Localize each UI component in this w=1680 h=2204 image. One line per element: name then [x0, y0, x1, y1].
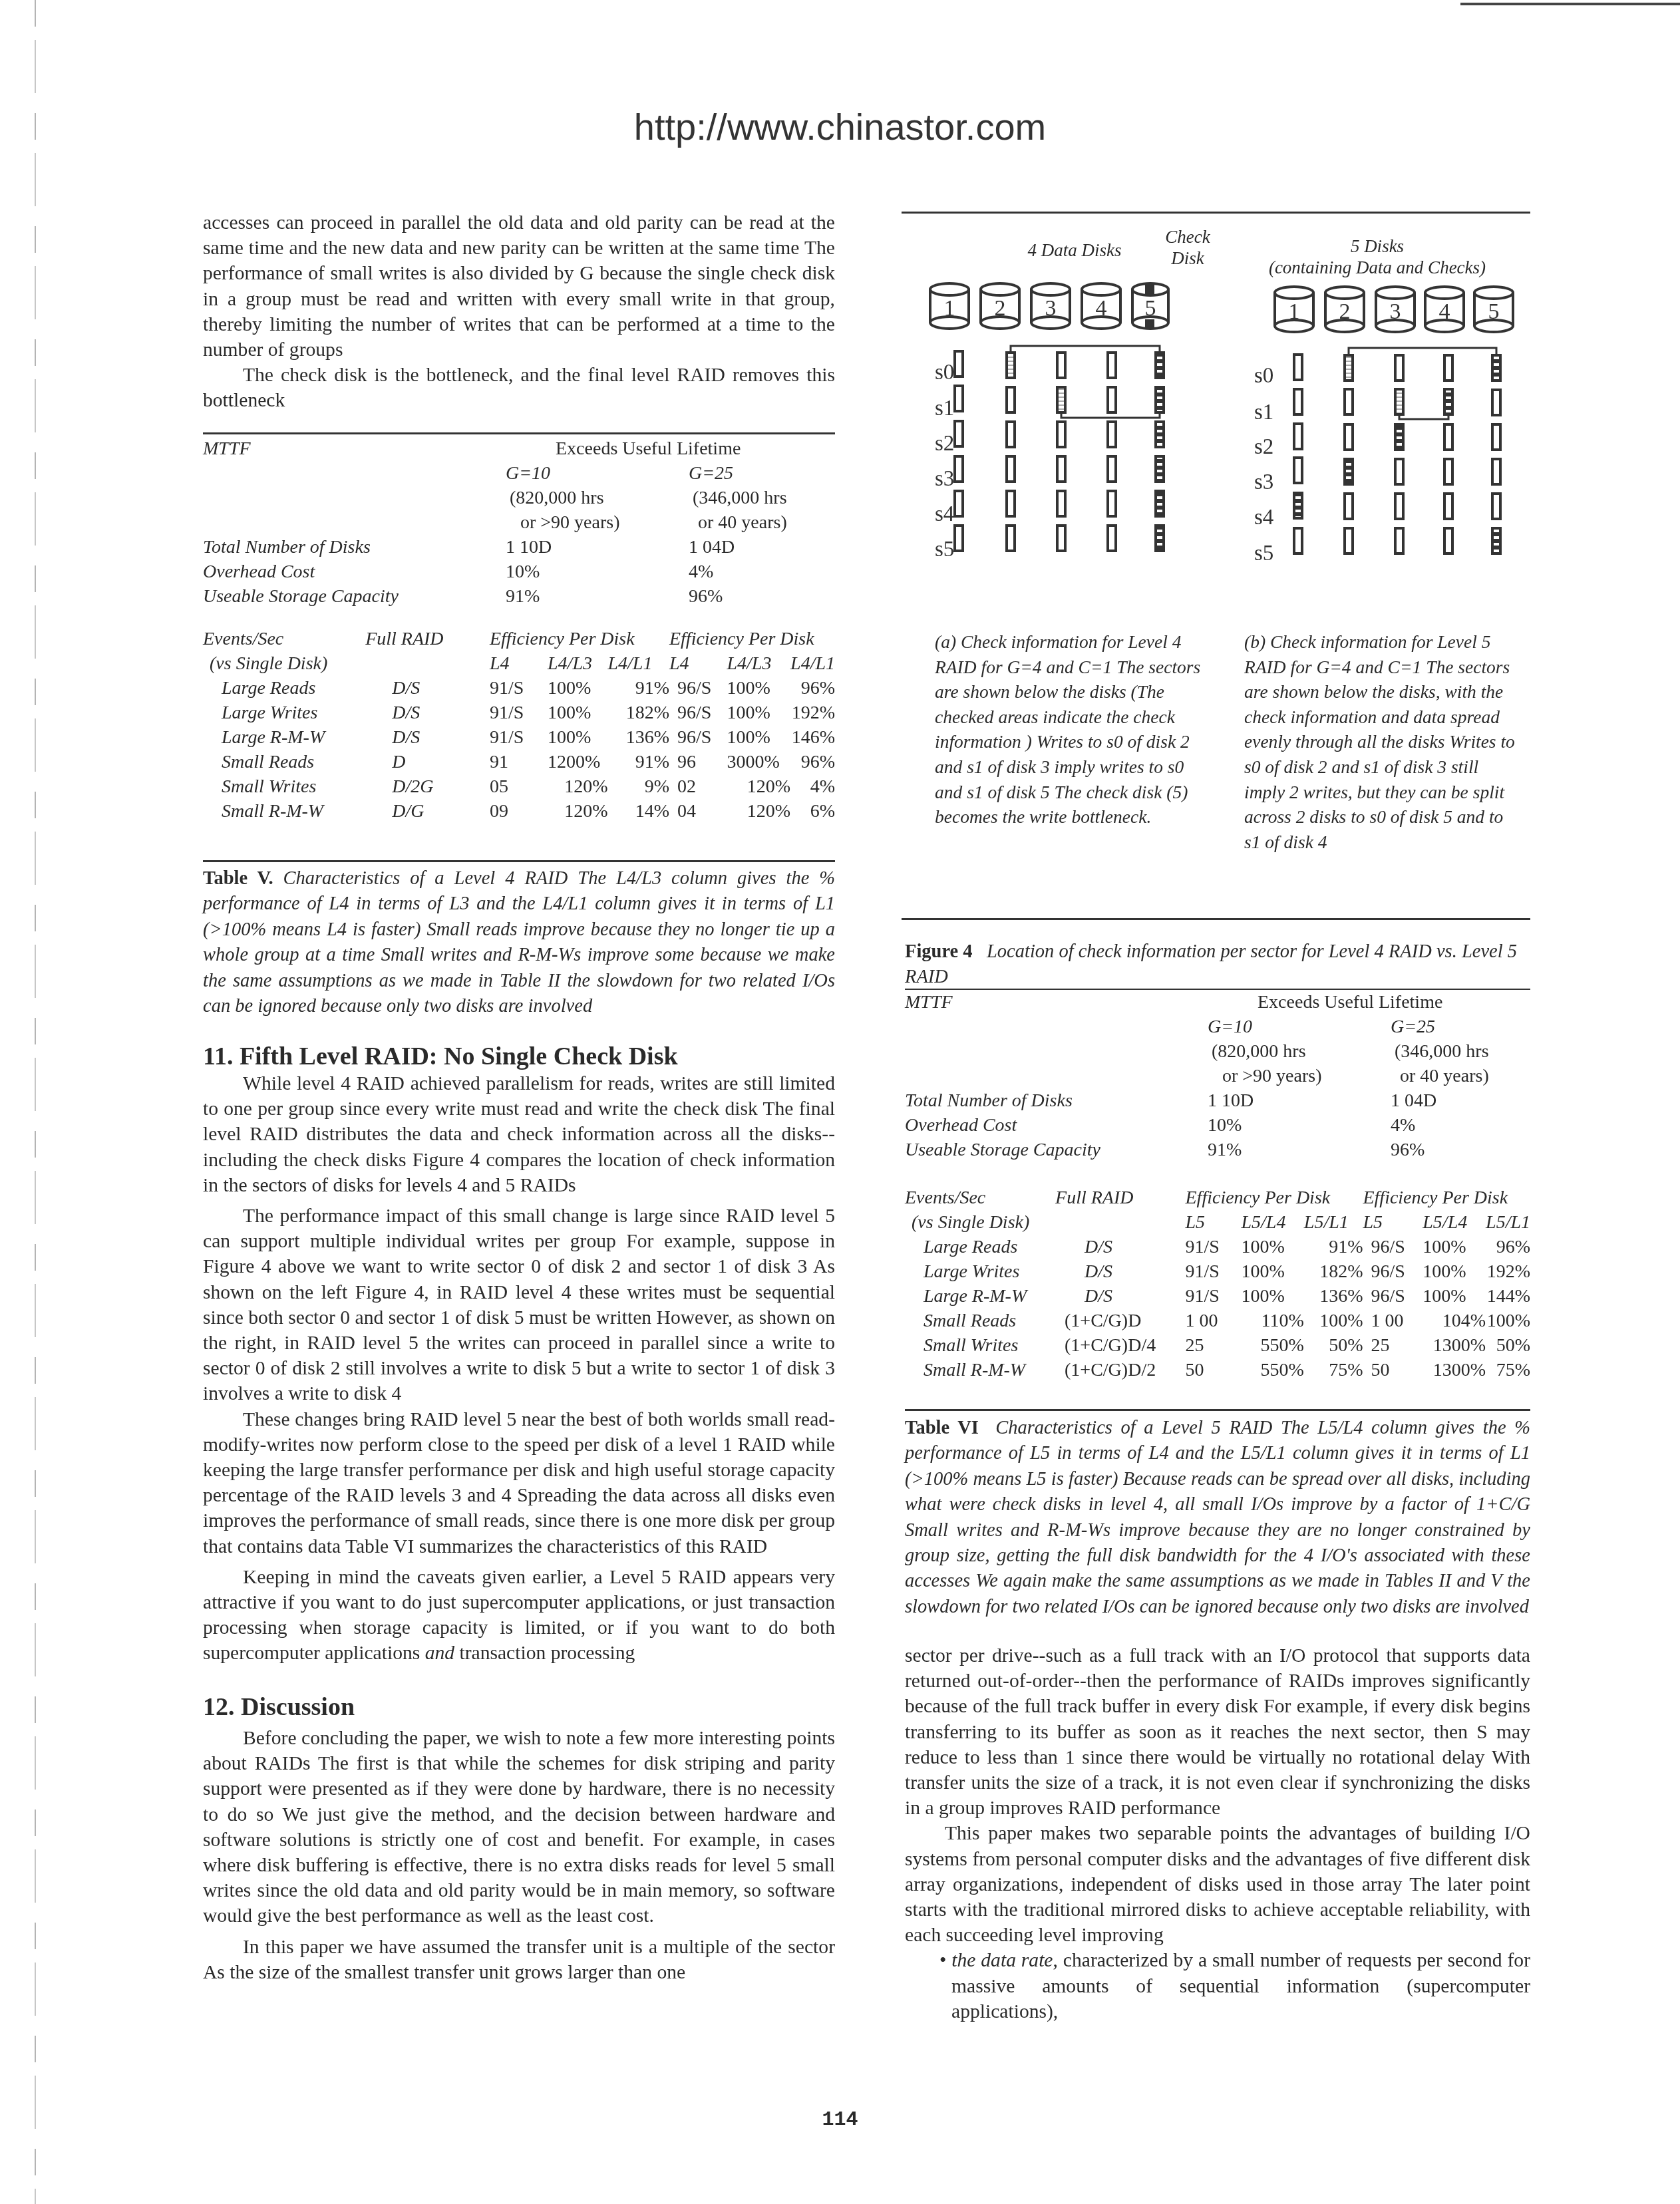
cell: 25	[1186, 1333, 1242, 1358]
sub-header: L5/L1	[1486, 1210, 1530, 1235]
cell: 9%	[608, 774, 669, 799]
cell: 4%	[790, 774, 835, 799]
g-header: G=25	[1391, 1015, 1530, 1039]
table-row: Large WritesD/S 91/S100%182% 96/S100%192…	[203, 701, 835, 725]
cell: 4%	[1391, 1113, 1530, 1138]
cell: 14%	[608, 799, 669, 824]
caption-label: Figure 4	[905, 941, 973, 962]
cell: D/G	[365, 799, 490, 824]
cell: 1 10D	[1208, 1088, 1391, 1113]
cell: 91%	[608, 750, 669, 774]
mttf-label: MTTF	[905, 990, 1208, 1015]
svg-text:s2: s2	[1254, 435, 1273, 459]
cell: 550%	[1242, 1358, 1304, 1382]
text-run: transaction processing	[454, 1643, 635, 1664]
sub-header: L4/L3	[548, 651, 607, 676]
cell: 100%	[727, 701, 790, 725]
mttf-detail: or >90 years)	[506, 510, 689, 535]
cell: 96%	[790, 750, 835, 774]
level4-disk-numbers: 12345	[944, 296, 1156, 321]
cell: 4%	[689, 559, 835, 584]
cell: 100%	[1423, 1284, 1486, 1309]
svg-text:5: 5	[1488, 299, 1500, 324]
table-vi-events-table: Events/Sec Full RAID Efficiency Per Disk…	[905, 1185, 1530, 1382]
cell: 91%	[608, 676, 669, 701]
svg-text:1: 1	[944, 296, 955, 321]
cell: 144%	[1486, 1284, 1530, 1309]
sub-header: L5/L4	[1242, 1210, 1304, 1235]
cell: 100%	[1304, 1309, 1363, 1333]
level4-write-connectors	[1011, 346, 1160, 418]
cell: 91/S	[490, 676, 548, 701]
cell: 96%	[689, 584, 835, 609]
cell: D/S	[1055, 1235, 1185, 1259]
cell: 110%	[1242, 1309, 1304, 1333]
g-header: G=10	[506, 461, 689, 486]
svg-text:s0: s0	[935, 361, 954, 385]
row-label: Useable Storage Capacity	[905, 1138, 1208, 1162]
cell: 91/S	[490, 725, 548, 750]
scan-edge-top	[1460, 3, 1680, 5]
mttf-detail: (820,000 hrs	[1208, 1039, 1391, 1064]
cell: 120%	[727, 774, 790, 799]
col-header: Efficiency Per Disk	[1186, 1185, 1363, 1210]
emphasis: and	[425, 1643, 454, 1664]
level5-sectors	[1294, 355, 1500, 553]
cell: 91/S	[490, 701, 548, 725]
table-row: Small Writes(1+C/G)D/4 25550%50% 251300%…	[905, 1333, 1530, 1358]
svg-text:s5: s5	[935, 538, 954, 561]
cell: 1300%	[1423, 1333, 1486, 1358]
cell: 96/S	[1363, 1259, 1423, 1284]
cell: 91%	[1208, 1138, 1391, 1162]
col-header: Full RAID	[365, 627, 490, 651]
cell: 120%	[548, 799, 607, 824]
emphasis: the data rate	[951, 1950, 1053, 1971]
cell: 91%	[506, 584, 689, 609]
row-label: Small R-M-W	[203, 799, 365, 824]
cell: 50	[1186, 1358, 1242, 1382]
paragraph: Keeping in mind the caveats given earlie…	[203, 1565, 835, 1666]
caption-text: Location of check information per sector…	[905, 941, 1517, 987]
row-label: Overhead Cost	[203, 559, 506, 584]
cell: 192%	[1486, 1259, 1530, 1284]
row-label: Large Reads	[905, 1235, 1055, 1259]
cell: 100%	[1486, 1309, 1530, 1333]
cell: 136%	[1304, 1284, 1363, 1309]
cell: 182%	[608, 701, 669, 725]
cell: 100%	[1423, 1259, 1486, 1284]
cell: 50	[1363, 1358, 1423, 1382]
cell: 100%	[548, 701, 607, 725]
cell: 100%	[1242, 1259, 1304, 1284]
sub-header: L5/L1	[1304, 1210, 1363, 1235]
mttf-label: MTTF	[203, 436, 506, 461]
table-v-caption: Table V. Characteristics of a Level 4 RA…	[203, 866, 835, 1019]
cell: 96%	[1391, 1138, 1530, 1162]
sub-header: L5	[1186, 1210, 1242, 1235]
svg-text:4: 4	[1096, 296, 1107, 321]
cell: 96	[669, 750, 727, 774]
level5-write-connectors	[1349, 348, 1496, 419]
cell: 100%	[548, 725, 607, 750]
row-label: Small Reads	[203, 750, 365, 774]
mttf-detail: or 40 years)	[689, 510, 835, 535]
paragraph: accesses can proceed in parallel the old…	[203, 210, 835, 363]
table-vi-bottom-rule	[905, 1409, 1530, 1411]
svg-text:2: 2	[995, 296, 1006, 321]
row-label: Small Reads	[905, 1309, 1055, 1333]
section-11: 11. Fifth Level RAID: No Single Check Di…	[203, 1042, 835, 1666]
row-label: Large Reads	[203, 676, 365, 701]
sector-labels: s0s1s2 s3s4s5 s0s1s2 s3s4s5	[935, 361, 1273, 565]
g-header: G=25	[689, 461, 835, 486]
cell: 550%	[1242, 1333, 1304, 1358]
cell: (1+C/G)D/2	[1055, 1358, 1185, 1382]
mttf-detail: or 40 years)	[1391, 1064, 1530, 1088]
paragraph: These changes bring RAID level 5 near th…	[203, 1407, 835, 1559]
mttf-detail: (346,000 hrs	[689, 486, 835, 510]
raid-disk-diagram-svg: 12345 12345 s0s1s2 s3s4s5 s0s1s2 s3s4s5	[908, 213, 1530, 585]
col-header: Full RAID	[1055, 1185, 1185, 1210]
svg-text:4: 4	[1439, 299, 1450, 324]
row-label: Total Number of Disks	[203, 535, 506, 559]
sub-header: L4	[490, 651, 548, 676]
row-label: Useable Storage Capacity	[203, 584, 506, 609]
cell: 04	[669, 799, 727, 824]
cell: 100%	[1242, 1235, 1304, 1259]
paragraph: The performance impact of this small cha…	[203, 1203, 835, 1407]
sub-header: L4	[669, 651, 727, 676]
figure-4b-caption: (b) Check information for Level 5 RAID f…	[1244, 629, 1524, 854]
table-vi-caption: Table VI Characteristics of a Level 5 RA…	[905, 1416, 1530, 1620]
svg-text:s3: s3	[935, 467, 954, 491]
cell: 1 00	[1186, 1309, 1242, 1333]
col-header: Efficiency Per Disk	[1363, 1185, 1530, 1210]
mttf-detail: (346,000 hrs	[1391, 1039, 1530, 1064]
cell: 1 04D	[689, 535, 835, 559]
row-label: Overhead Cost	[905, 1113, 1208, 1138]
table-v-mttf-table: MTTF Exceeds Useful Lifetime G=10 G=25 (…	[203, 436, 835, 609]
cell: D/2G	[365, 774, 490, 799]
svg-text:s4: s4	[935, 502, 954, 526]
cell: 02	[669, 774, 727, 799]
table-vi-mttf-table: MTTF Exceeds Useful Lifetime G=10 G=25 (…	[905, 990, 1530, 1162]
cell: 104%	[1423, 1309, 1486, 1333]
sub-header: L4/L1	[608, 651, 669, 676]
cell: 91/S	[1186, 1284, 1242, 1309]
cell: 10%	[1208, 1113, 1391, 1138]
cell: 1 10D	[506, 535, 689, 559]
row-label: Small R-M-W	[905, 1358, 1055, 1382]
sub-header: L4/L3	[727, 651, 790, 676]
table-row: Total Number of Disks 1 10D 1 04D	[905, 1088, 1530, 1113]
table-v-events-table: Events/Sec Full RAID Efficiency Per Disk…	[203, 627, 835, 824]
mttf-value: Exceeds Useful Lifetime	[506, 436, 835, 461]
cell: D/S	[1055, 1259, 1185, 1284]
level5-disk-numbers: 12345	[1289, 299, 1500, 324]
cell: 75%	[1486, 1358, 1530, 1382]
row-label: Large Writes	[203, 701, 365, 725]
cell: D/S	[365, 725, 490, 750]
svg-text:5: 5	[1145, 296, 1156, 321]
cell: 50%	[1486, 1333, 1530, 1358]
cell: 96/S	[669, 701, 727, 725]
row-label: Large R-M-W	[905, 1284, 1055, 1309]
table-v-events: Events/Sec Full RAID Efficiency Per Disk…	[203, 627, 835, 824]
figure-4-caption: Figure 4 Location of check information p…	[905, 939, 1530, 991]
table-row: Total Number of Disks 1 10D 1 04D	[203, 535, 835, 559]
cell: 182%	[1304, 1259, 1363, 1284]
bullet-item: • the data rate, characterized by a smal…	[905, 1948, 1530, 2024]
cell: 100%	[727, 725, 790, 750]
table-row: Large ReadsD/S 91/S100%91% 96/S100%96%	[905, 1235, 1530, 1259]
figure-4a-caption: (a) Check information for Level 4 RAID f…	[935, 629, 1214, 830]
cell: 120%	[727, 799, 790, 824]
table-v-summary: MTTF Exceeds Useful Lifetime G=10 G=25 (…	[203, 436, 835, 609]
cell: D/S	[1055, 1284, 1185, 1309]
paragraph: sector per drive--such as a full track w…	[905, 1643, 1530, 1821]
svg-text:2: 2	[1339, 299, 1351, 324]
row-label: Large R-M-W	[203, 725, 365, 750]
table-row: Small R-M-WD/G 09120%14% 04120%6%	[203, 799, 835, 824]
table-row: Large WritesD/S 91/S100%182% 96/S100%192…	[905, 1259, 1530, 1284]
table-row: Small ReadsD 911200%91% 963000%96%	[203, 750, 835, 774]
right-body-text: sector per drive--such as a full track w…	[905, 1643, 1530, 2024]
cell: 6%	[790, 799, 835, 824]
intro-text: accesses can proceed in parallel the old…	[203, 210, 835, 414]
table-row: Overhead Cost 10% 4%	[905, 1113, 1530, 1138]
col-header: Events/Sec	[203, 627, 365, 651]
cell: 3000%	[727, 750, 790, 774]
col-header: Events/Sec	[905, 1185, 1055, 1210]
cell: 100%	[727, 676, 790, 701]
paragraph: While level 4 RAID achieved parallelism …	[203, 1071, 835, 1198]
mttf-detail: or >90 years)	[1208, 1064, 1391, 1088]
paragraph: In this paper we have assumed the transf…	[203, 1935, 835, 1985]
table-row: Large ReadsD/S 91/S100%91% 96/S100%96%	[203, 676, 835, 701]
svg-text:s2: s2	[935, 432, 954, 456]
cell: 09	[490, 799, 548, 824]
section-12: 12. Discussion Before concluding the pap…	[203, 1692, 835, 1985]
cell: 91/S	[1186, 1259, 1242, 1284]
cell: 10%	[506, 559, 689, 584]
mttf-detail: (820,000 hrs	[506, 486, 689, 510]
level4-sectors	[955, 351, 1164, 551]
cell: 91	[490, 750, 548, 774]
cell: 146%	[790, 725, 835, 750]
table-row: Large R-M-WD/S 91/S100%136% 96/S100%144%	[905, 1284, 1530, 1309]
cell: 50%	[1304, 1333, 1363, 1358]
cell: 1 00	[1363, 1309, 1423, 1333]
svg-text:s4: s4	[1254, 506, 1273, 530]
row-label: Small Writes	[905, 1333, 1055, 1358]
table-vi-summary: MTTF Exceeds Useful Lifetime G=10 G=25 (…	[905, 990, 1530, 1162]
cell: D/S	[365, 701, 490, 725]
g-header: G=10	[1208, 1015, 1391, 1039]
cell: 96/S	[669, 676, 727, 701]
cell: 96%	[1486, 1235, 1530, 1259]
cell: 1200%	[548, 750, 607, 774]
table-v-top-rule	[203, 432, 835, 434]
cell: 96/S	[1363, 1235, 1423, 1259]
cell: (1+C/G)D/4	[1055, 1333, 1185, 1358]
figure-4-diagram: 4 Data Disks Check Disk 5 Disks (contain…	[908, 213, 1530, 585]
cell: 136%	[608, 725, 669, 750]
svg-text:3: 3	[1390, 299, 1401, 324]
header-url: http://www.chinastor.com	[0, 105, 1680, 148]
cell: 05	[490, 774, 548, 799]
paragraph: Before concluding the paper, we wish to …	[203, 1726, 835, 1929]
paragraph: The check disk is the bottleneck, and th…	[203, 363, 835, 413]
caption-text: Characteristics of a Level 5 RAID The L5…	[905, 1418, 1530, 1617]
sub-header: L4/L1	[790, 651, 835, 676]
svg-text:3: 3	[1045, 296, 1057, 321]
sub-header: L5	[1363, 1210, 1423, 1235]
table-row: Small WritesD/2G 05120%9% 02120%4%	[203, 774, 835, 799]
row-label: Small Writes	[203, 774, 365, 799]
paragraph: This paper makes two separable points th…	[905, 1821, 1530, 1948]
cell: D	[365, 750, 490, 774]
cell: 91%	[1304, 1235, 1363, 1259]
col-header: (vs Single Disk)	[905, 1210, 1055, 1235]
section-heading: 11. Fifth Level RAID: No Single Check Di…	[203, 1042, 835, 1071]
svg-text:s1: s1	[1254, 400, 1273, 424]
cell: D/S	[365, 676, 490, 701]
cell: 1300%	[1423, 1358, 1486, 1382]
cell: 91/S	[1186, 1235, 1242, 1259]
table-row: Small Reads(1+C/G)D 1 00110%100% 1 00104…	[905, 1309, 1530, 1333]
col-header: (vs Single Disk)	[203, 651, 365, 676]
scan-edge-left	[35, 0, 36, 2204]
cell: (1+C/G)D	[1055, 1309, 1185, 1333]
table-row: Large R-M-WD/S 91/S100%136% 96/S100%146%	[203, 725, 835, 750]
col-header: Efficiency Per Disk	[490, 627, 669, 651]
row-label: Large Writes	[905, 1259, 1055, 1284]
sub-header: L5/L4	[1423, 1210, 1486, 1235]
mttf-value: Exceeds Useful Lifetime	[1208, 990, 1530, 1015]
table-vi-events: Events/Sec Full RAID Efficiency Per Disk…	[905, 1185, 1530, 1382]
cell: 100%	[1242, 1284, 1304, 1309]
svg-text:s0: s0	[1254, 364, 1273, 388]
row-label: Total Number of Disks	[905, 1088, 1208, 1113]
cell: 75%	[1304, 1358, 1363, 1382]
cell: 1 04D	[1391, 1088, 1530, 1113]
svg-text:1: 1	[1289, 299, 1300, 324]
cell: 192%	[790, 701, 835, 725]
table-row: Useable Storage Capacity 91% 96%	[203, 584, 835, 609]
cell: 25	[1363, 1333, 1423, 1358]
col-header: Efficiency Per Disk	[669, 627, 835, 651]
figure-bottom-rule	[902, 918, 1530, 920]
table-row: Overhead Cost 10% 4%	[203, 559, 835, 584]
caption-label: Table VI	[905, 1418, 979, 1438]
page-number: 114	[0, 2109, 1680, 2131]
cell: 96%	[790, 676, 835, 701]
svg-text:s5: s5	[1254, 542, 1273, 565]
caption-label: Table V.	[203, 868, 273, 889]
cell: 100%	[548, 676, 607, 701]
table-v-bottom-rule	[203, 860, 835, 862]
cell: 100%	[1423, 1235, 1486, 1259]
table-row: Useable Storage Capacity 91% 96%	[905, 1138, 1530, 1162]
cell: 120%	[548, 774, 607, 799]
section-heading: 12. Discussion	[203, 1692, 835, 1722]
svg-text:s3: s3	[1254, 470, 1273, 494]
bullet-list: • the data rate, characterized by a smal…	[905, 1948, 1530, 2024]
cell: 96/S	[669, 725, 727, 750]
caption-text: Characteristics of a Level 4 RAID The L4…	[203, 868, 835, 1017]
cell: 96/S	[1363, 1284, 1423, 1309]
svg-text:s1: s1	[935, 396, 954, 420]
table-row: Small R-M-W(1+C/G)D/2 50550%75% 501300%7…	[905, 1358, 1530, 1382]
